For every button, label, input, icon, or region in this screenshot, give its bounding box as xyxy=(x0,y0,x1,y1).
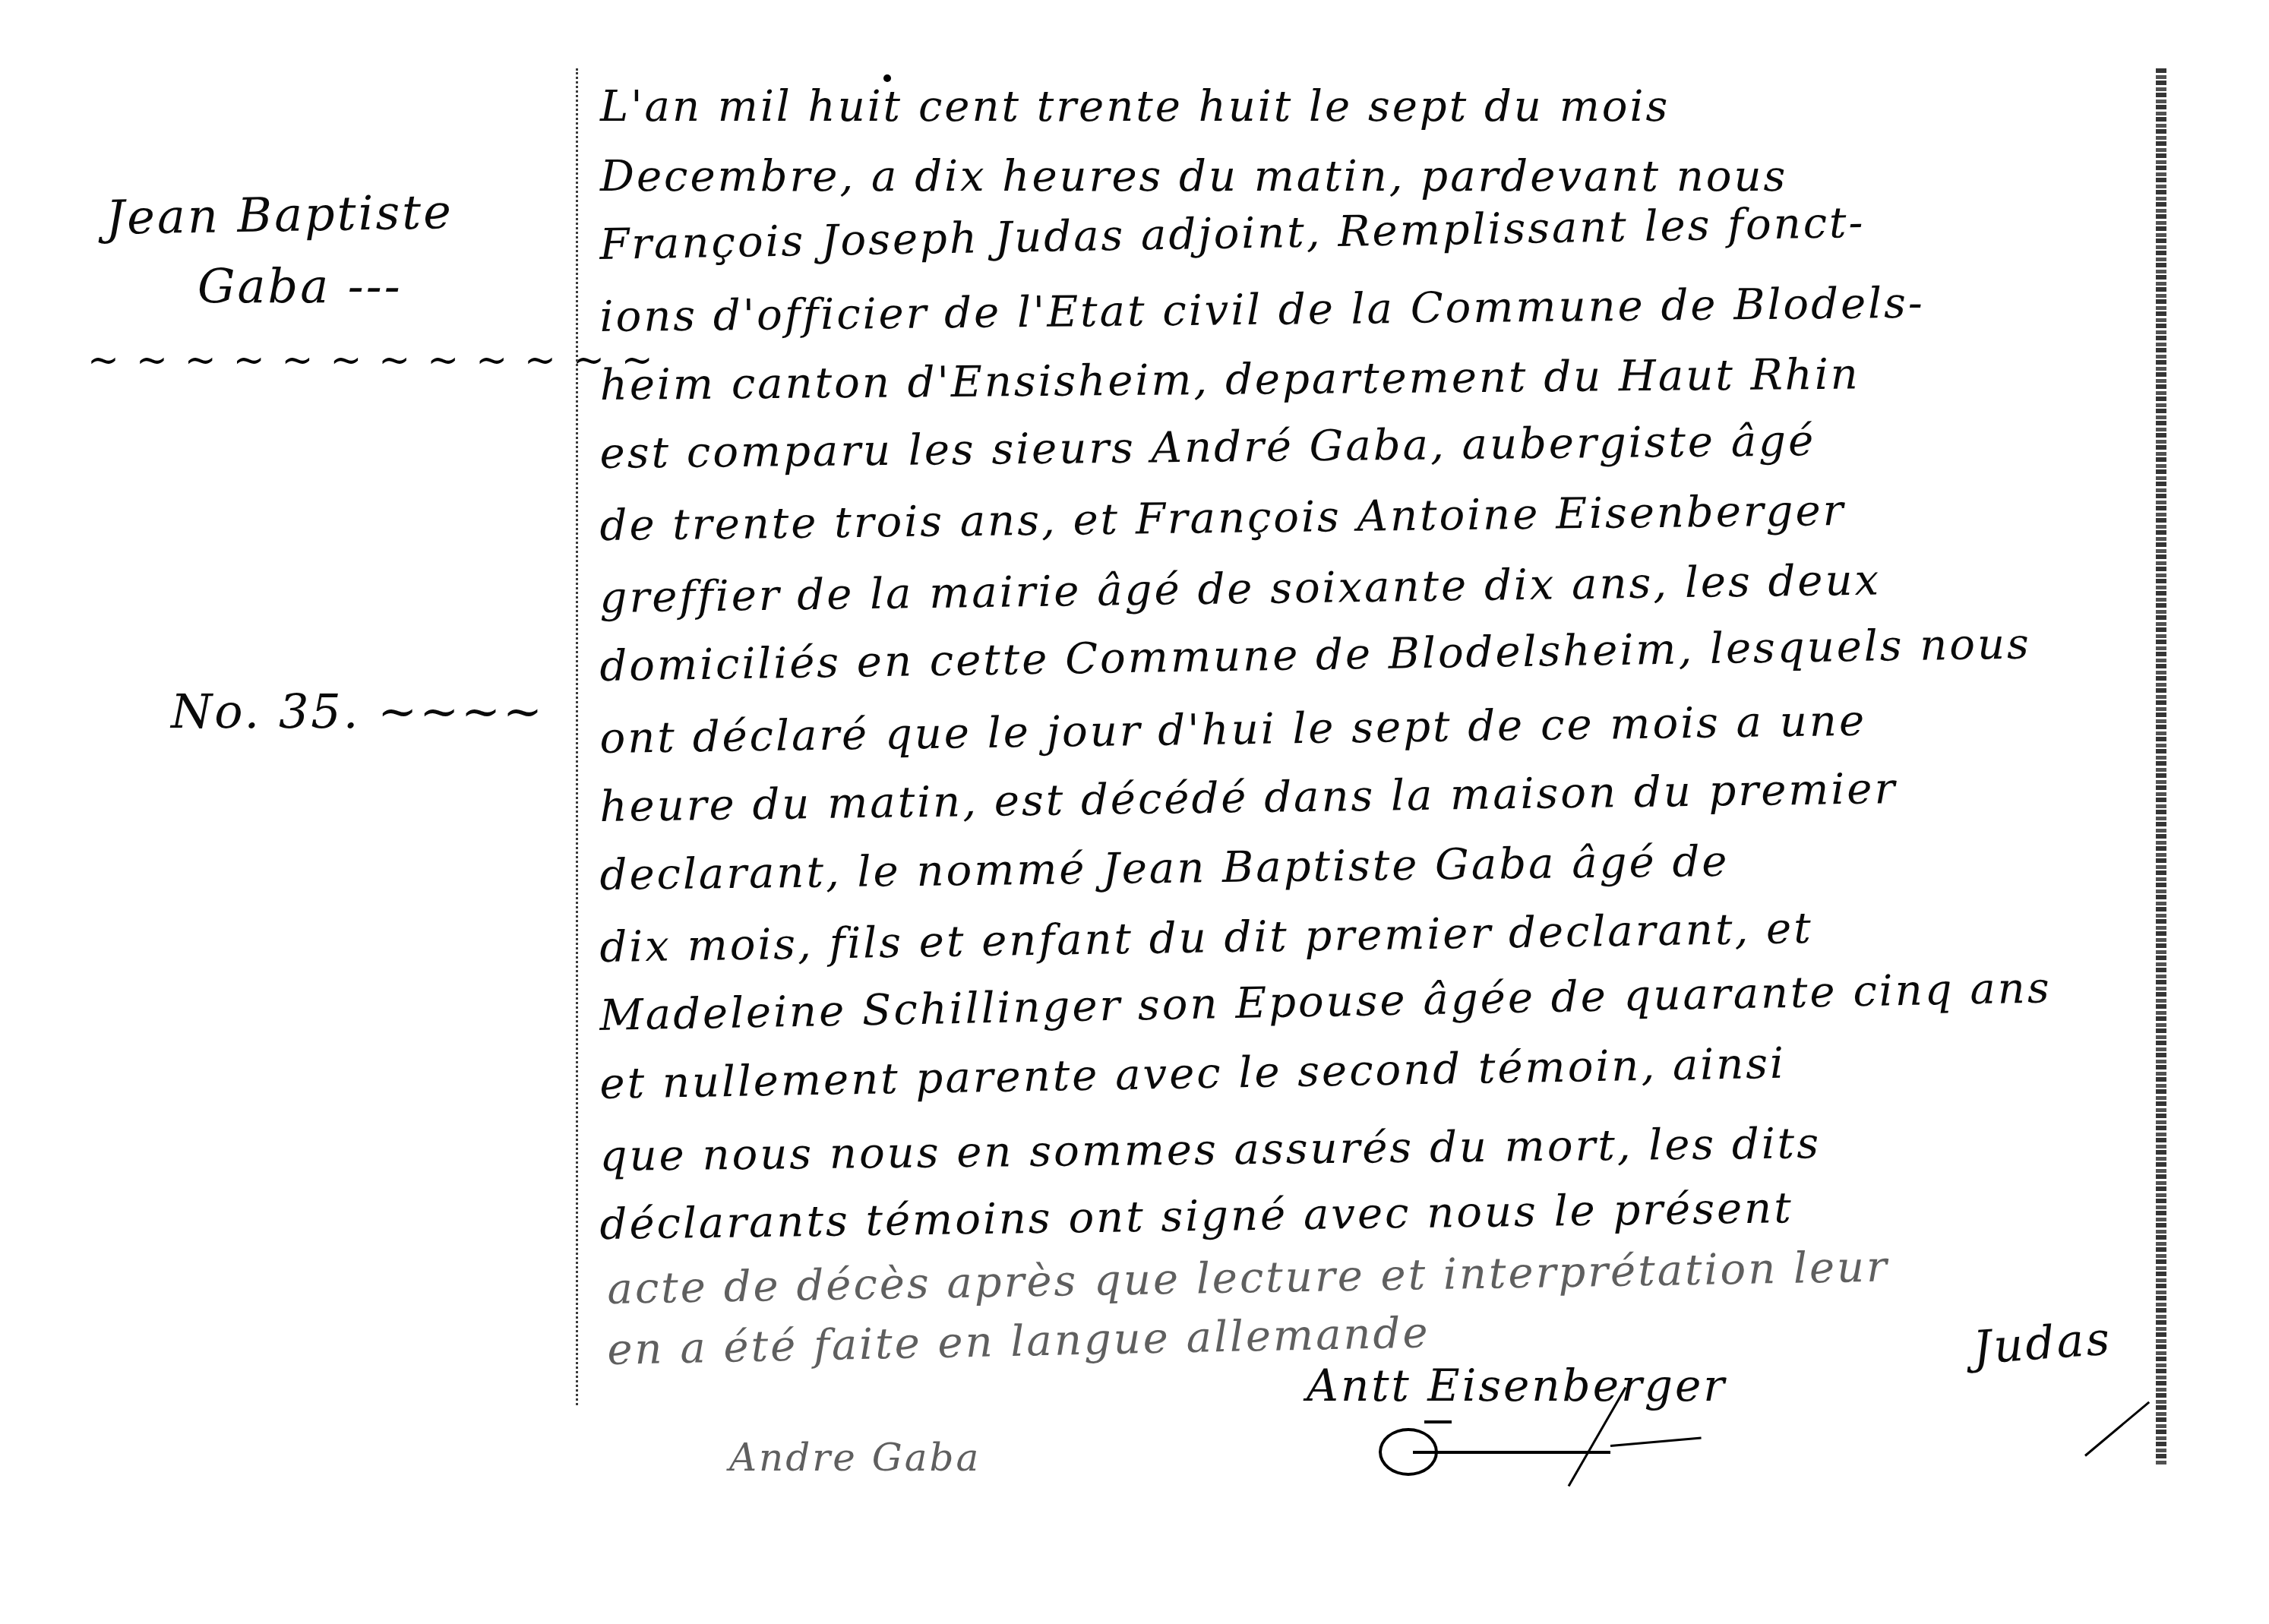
flourish-tail xyxy=(1610,1437,1702,1447)
body-line-18: acte de décès après que lecture et inter… xyxy=(607,1243,1890,1314)
body-line-9: domiciliés en cette Commune de Blodelshe… xyxy=(599,619,2031,691)
body-line-16: que nous nous en sommes assurés du mort,… xyxy=(599,1119,1821,1181)
record-number: No. 35. ~~~~ xyxy=(171,684,545,739)
margin-name-line-2: Gaba --- xyxy=(198,258,403,314)
body-line-6: est comparu les sieurs André Gaba, auber… xyxy=(599,416,1816,479)
body-line-15: et nullement parente avec le second témo… xyxy=(599,1039,1787,1109)
body-line-3: François Joseph Judas adjoint, Remplissa… xyxy=(599,198,1866,270)
body-line-12: declarant, le nommé Jean Baptiste Gaba â… xyxy=(599,837,1730,900)
margin-rule xyxy=(576,68,578,1405)
body-line-2: Decembre, a dix heures du matin, pardeva… xyxy=(600,152,1787,201)
body-line-5: heim canton d'Ensisheim, departement du … xyxy=(599,350,1860,410)
scanned-document-page: Jean Baptiste Gaba --- ~~~~~~~~~~~~ No. … xyxy=(0,0,2269,1624)
body-line-7: de trente trois ans, et François Antoine… xyxy=(599,486,1846,551)
page-edge-border xyxy=(2156,68,2166,1466)
body-line-13: dix mois, fils et enfant du dit premier … xyxy=(599,904,1813,972)
signature-officer: Judas xyxy=(1971,1312,2113,1375)
flourish-underline xyxy=(1413,1451,1610,1454)
body-line-10: ont déclaré que le jour d'hui le sept de… xyxy=(599,697,1866,763)
signature-declarant-2: Antt Eisenberger xyxy=(1307,1360,1727,1411)
flourish-bars xyxy=(1424,1420,1452,1423)
body-line-4: ions d'officier de l'Etat civil de la Co… xyxy=(599,279,1925,342)
margin-filler-dashes: ~~~~~~~~~~~~ xyxy=(87,338,670,382)
body-line-1: L'an mil huit cent trente huit le sept d… xyxy=(600,82,1670,131)
margin-name-line-1: Jean Baptiste xyxy=(106,184,454,245)
signature-slash-2 xyxy=(2084,1401,2150,1457)
body-line-17: déclarants témoins ont signé avec nous l… xyxy=(599,1183,1793,1250)
body-line-11: heure du matin, est décédé dans la maiso… xyxy=(599,764,1898,832)
ink-dot xyxy=(883,74,891,82)
signature-declarant-1: Andre Gaba xyxy=(729,1436,981,1480)
body-line-14: Madeleine Schillinger son Epouse âgée de… xyxy=(599,963,2052,1041)
body-line-8: greffier de la mairie âgé de soixante di… xyxy=(599,555,1881,623)
